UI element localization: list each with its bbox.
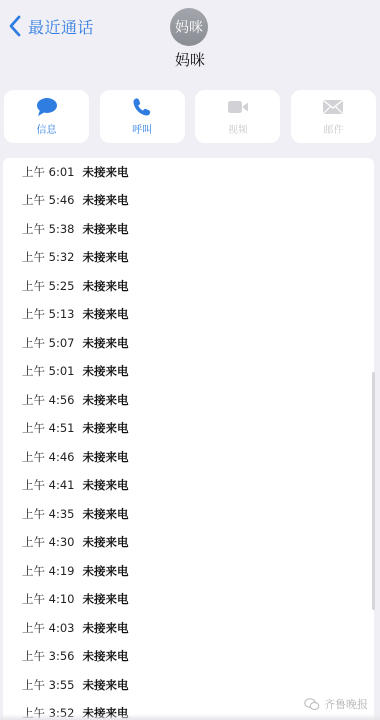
contact-name: 妈咪 bbox=[0, 49, 380, 70]
call-row: 上午 4:41未接来电 bbox=[22, 475, 128, 495]
back-label: 最近通话 bbox=[28, 15, 94, 38]
call-status: 未接来电 bbox=[82, 420, 128, 436]
call-status: 未接来电 bbox=[82, 620, 128, 636]
call-history-list[interactable]: 上午 6:01未接来电 上午 5:46未接来电 上午 5:38未接来电 上午 5… bbox=[3, 158, 374, 720]
call-status: 未接来电 bbox=[82, 449, 128, 465]
call-row: 上午 4:46未接来电 bbox=[22, 447, 128, 467]
call-status: 未接来电 bbox=[82, 506, 128, 522]
message-label: 信息 bbox=[37, 121, 57, 136]
video-button[interactable]: 视频 bbox=[195, 90, 280, 143]
mail-button[interactable]: 邮件 bbox=[291, 90, 376, 143]
call-time: 上午 4:19 bbox=[22, 563, 74, 579]
call-row: 上午 4:03未接来电 bbox=[22, 618, 128, 638]
wechat-icon bbox=[304, 698, 320, 711]
call-status: 未接来电 bbox=[82, 477, 128, 493]
call-row: 上午 5:07未接来电 bbox=[22, 333, 128, 353]
call-time: 上午 3:55 bbox=[22, 677, 74, 693]
call-status: 未接来电 bbox=[82, 648, 128, 664]
avatar[interactable]: 妈咪 bbox=[170, 8, 208, 46]
call-row: 上午 5:13未接来电 bbox=[22, 304, 128, 324]
call-time: 上午 4:03 bbox=[22, 620, 74, 636]
call-time: 上午 4:46 bbox=[22, 449, 74, 465]
call-time: 上午 5:13 bbox=[22, 306, 74, 322]
call-time: 上午 4:56 bbox=[22, 392, 74, 408]
call-status: 未接来电 bbox=[82, 591, 128, 607]
call-status: 未接来电 bbox=[82, 392, 128, 408]
call-time: 上午 5:32 bbox=[22, 249, 74, 265]
call-status: 未接来电 bbox=[82, 192, 128, 208]
call-label: 呼叫 bbox=[132, 121, 152, 136]
message-button[interactable]: 信息 bbox=[4, 90, 89, 143]
call-row: 上午 5:46未接来电 bbox=[22, 190, 128, 210]
call-time: 上午 4:35 bbox=[22, 506, 74, 522]
mail-label: 邮件 bbox=[323, 121, 343, 136]
call-row: 上午 5:38未接来电 bbox=[22, 219, 128, 239]
call-row: 上午 4:19未接来电 bbox=[22, 561, 128, 581]
call-time: 上午 5:46 bbox=[22, 192, 74, 208]
call-status: 未接来电 bbox=[82, 164, 128, 180]
back-button[interactable]: 最近通话 bbox=[8, 14, 94, 38]
call-row: 上午 5:32未接来电 bbox=[22, 247, 128, 267]
call-row: 上午 4:10未接来电 bbox=[22, 589, 128, 609]
mail-envelope-icon bbox=[322, 97, 344, 117]
call-status: 未接来电 bbox=[82, 306, 128, 322]
call-row: 上午 6:01未接来电 bbox=[22, 162, 128, 182]
scrollbar[interactable] bbox=[372, 372, 375, 610]
call-status: 未接来电 bbox=[82, 363, 128, 379]
call-time: 上午 5:01 bbox=[22, 363, 74, 379]
phone-icon bbox=[131, 97, 153, 117]
call-row: 上午 5:25未接来电 bbox=[22, 276, 128, 296]
call-time: 上午 5:38 bbox=[22, 221, 74, 237]
call-row: 上午 5:01未接来电 bbox=[22, 361, 128, 381]
action-bar: 信息 呼叫 视频 邮件 bbox=[4, 90, 376, 143]
call-time: 上午 4:41 bbox=[22, 477, 74, 493]
call-status: 未接来电 bbox=[82, 563, 128, 579]
call-time: 上午 6:01 bbox=[22, 164, 74, 180]
call-row: 上午 4:35未接来电 bbox=[22, 504, 128, 524]
call-row: 上午 4:30未接来电 bbox=[22, 532, 128, 552]
call-time: 上午 3:56 bbox=[22, 648, 74, 664]
call-button[interactable]: 呼叫 bbox=[100, 90, 185, 143]
call-row: 上午 3:55未接来电 bbox=[22, 675, 128, 695]
watermark: 齐鲁晚报 bbox=[304, 696, 368, 712]
call-status: 未接来电 bbox=[82, 677, 128, 693]
call-row: 上午 3:56未接来电 bbox=[22, 646, 128, 666]
call-row: 上午 4:56未接来电 bbox=[22, 390, 128, 410]
chevron-left-icon bbox=[8, 15, 22, 37]
call-status: 未接来电 bbox=[82, 249, 128, 265]
bottom-edge bbox=[0, 714, 380, 720]
call-time: 上午 4:30 bbox=[22, 534, 74, 550]
call-row: 上午 4:51未接来电 bbox=[22, 418, 128, 438]
call-time: 上午 5:07 bbox=[22, 335, 74, 351]
call-status: 未接来电 bbox=[82, 278, 128, 294]
call-status: 未接来电 bbox=[82, 534, 128, 550]
nav-header: 最近通话 妈咪 妈咪 bbox=[0, 0, 380, 80]
video-camera-icon bbox=[227, 97, 249, 117]
message-bubble-icon bbox=[36, 97, 58, 117]
call-status: 未接来电 bbox=[82, 221, 128, 237]
call-status: 未接来电 bbox=[82, 335, 128, 351]
call-time: 上午 5:25 bbox=[22, 278, 74, 294]
call-time: 上午 4:10 bbox=[22, 591, 74, 607]
watermark-text: 齐鲁晚报 bbox=[324, 696, 368, 712]
call-time: 上午 4:51 bbox=[22, 420, 74, 436]
video-label: 视频 bbox=[228, 121, 248, 136]
